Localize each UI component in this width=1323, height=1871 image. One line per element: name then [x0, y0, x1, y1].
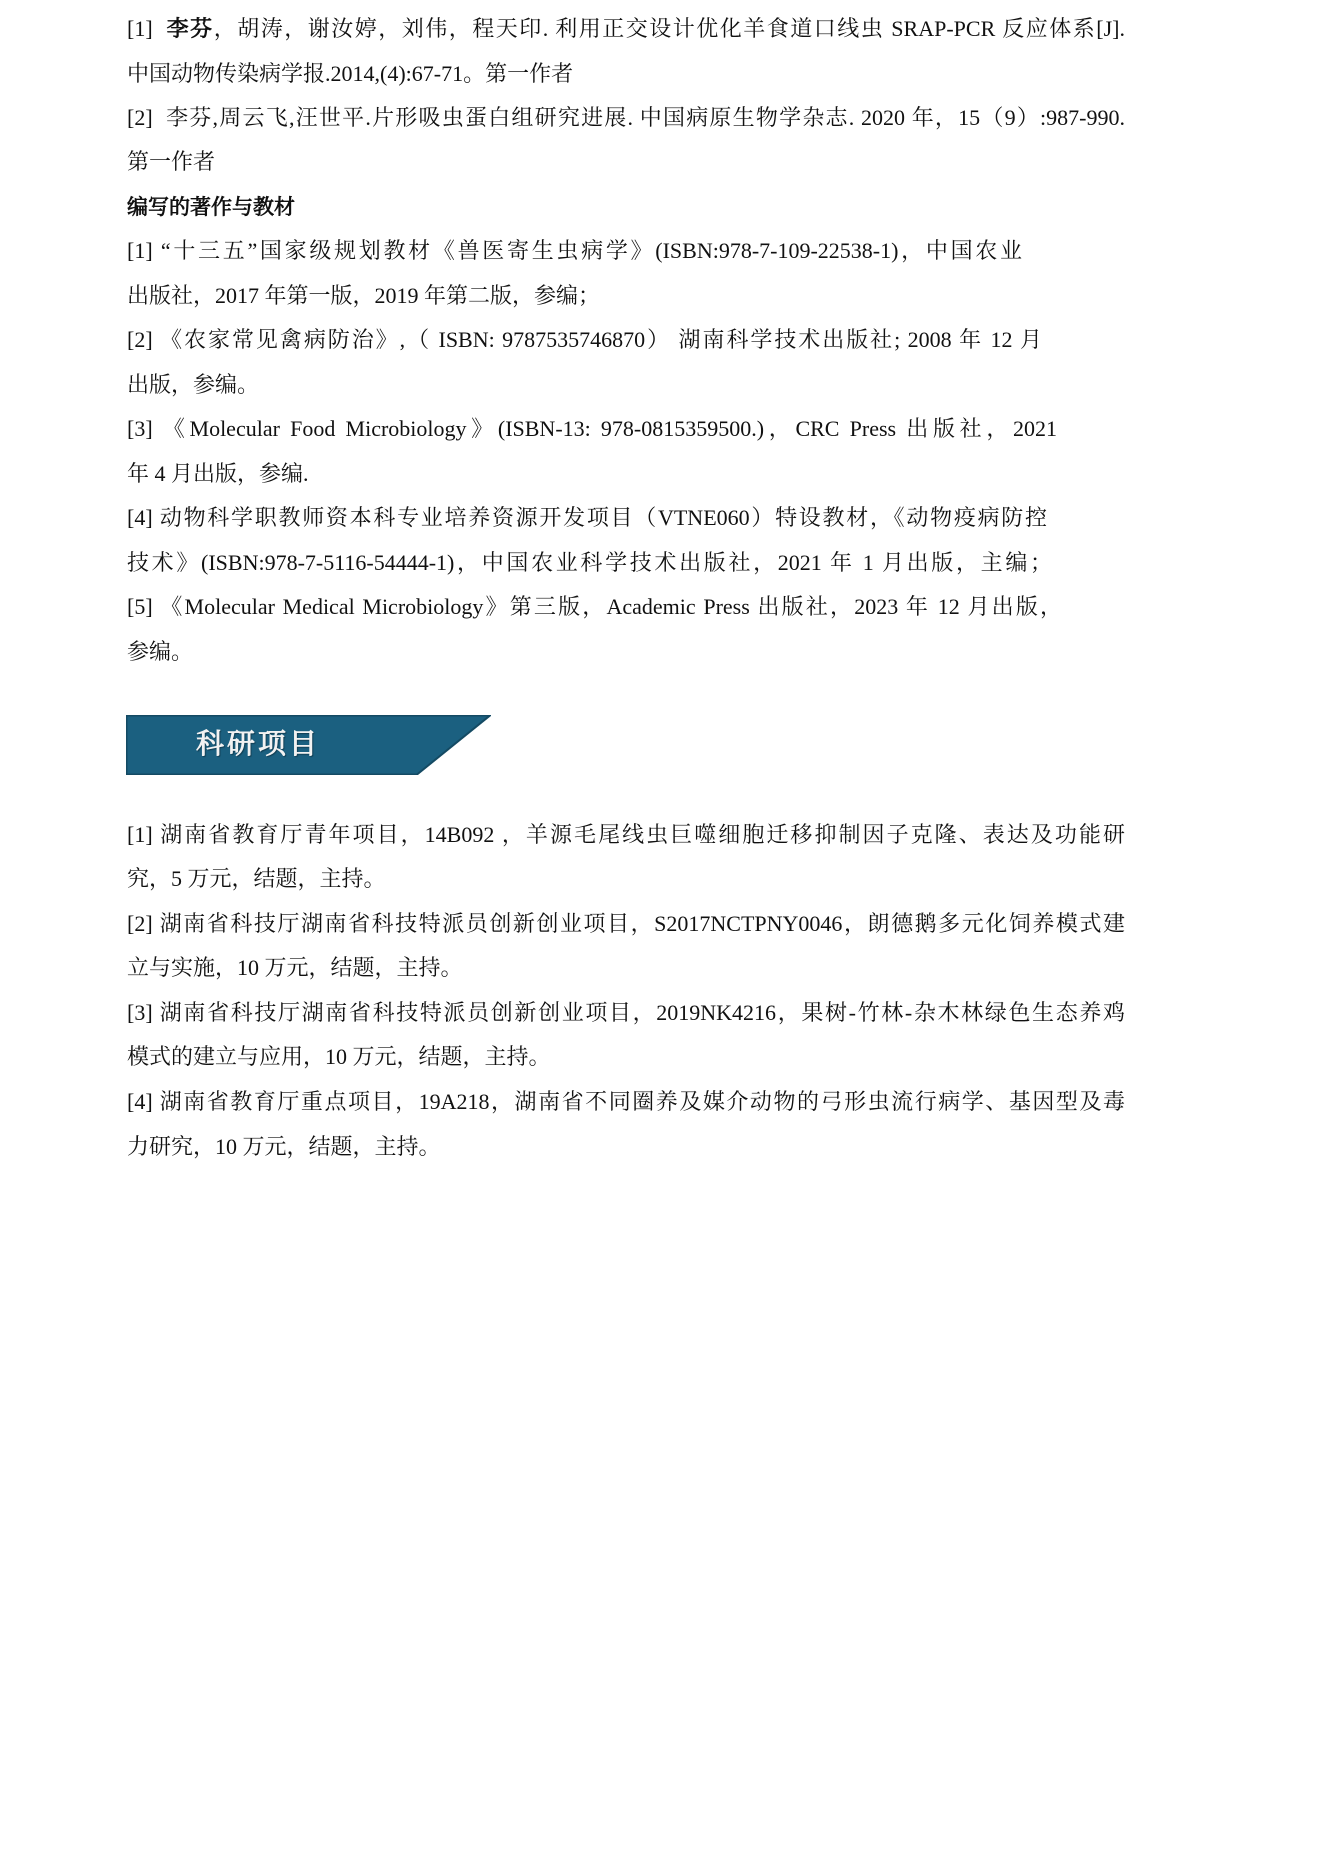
book-3-line-1: [3] 《Molecular Food Microbiology》(ISBN-1…: [127, 415, 1057, 443]
book-3-line-2: 年 4 月出版，参编.: [127, 460, 309, 488]
book-5-line-1: [5] 《Molecular Medical Microbiology》第三版，…: [127, 593, 1062, 621]
project-1-line-1: [1] 湖南省教育厅青年项目，14B092 ，羊源毛尾线虫巨噬细胞迁移抑制因子克…: [127, 821, 1125, 849]
project-4-line-1: [4] 湖南省教育厅重点项目，19A218，湖南省不同圈养及媒介动物的弓形虫流行…: [127, 1088, 1125, 1116]
project-3-line-2: 模式的建立与应用，10 万元，结题，主持。: [127, 1043, 551, 1071]
paper-2-line-2: 第一作者: [127, 148, 215, 176]
book-2-line-1: [2] 《农家常见禽病防治》,（ ISBN: 9787535746870） 湖南…: [127, 326, 1042, 354]
paper-1-label: [1]: [127, 16, 153, 41]
paper-1-line-1: [1] 李芬，胡涛，谢汝婷，刘伟，程天印. 利用正交设计优化羊食道口线虫 SRA…: [127, 15, 1125, 43]
project-1-line-2: 究，5 万元，结题，主持。: [127, 865, 386, 893]
book-5-line-2: 参编。: [127, 638, 193, 666]
book-1-line-1: [1] “十三五”国家级规划教材《兽医寄生虫病学》(ISBN:978-7-109…: [127, 237, 1022, 265]
paper-1-rest: ，胡涛，谢汝婷，刘伟，程天印. 利用正交设计优化羊食道口线虫 SRAP-PCR …: [214, 16, 1125, 41]
book-1-line-2: 出版社，2017 年第一版，2019 年第二版，参编；: [127, 282, 600, 310]
books-heading: 编写的著作与教材: [127, 193, 295, 221]
book-4-line-1: [4] 动物科学职教师资本科专业培养资源开发项目（VTNE060）特设教材，《动…: [127, 504, 1047, 532]
project-3-line-1: [3] 湖南省科技厅湖南省科技特派员创新创业项目，2019NK4216，果树-竹…: [127, 999, 1125, 1027]
book-4-line-2: 技术》(ISBN:978-7-5116-54444-1)，中国农业科学技术出版社…: [127, 549, 1052, 577]
paper-1-line-2: 中国动物传染病学报.2014,(4):67-71。第一作者: [127, 60, 573, 88]
paper-2-rest: 李芬,周云飞,汪世平.片形吸虫蛋白组研究进展. 中国病原生物学杂志. 2020 …: [166, 105, 1125, 130]
banner-title: 科研项目: [196, 727, 320, 761]
paper-2-line-1: [2] 李芬,周云飞,汪世平.片形吸虫蛋白组研究进展. 中国病原生物学杂志. 2…: [127, 104, 1125, 132]
book-2-line-2: 出版，参编。: [127, 371, 259, 399]
section-banner-research-projects: 科研项目: [126, 715, 491, 775]
project-2-line-2: 立与实施，10 万元，结题，主持。: [127, 954, 463, 982]
paper-1-bold-author: 李芬: [167, 17, 214, 42]
project-2-line-1: [2] 湖南省科技厅湖南省科技特派员创新创业项目，S2017NCTPNY0046…: [127, 910, 1125, 938]
project-4-line-2: 力研究，10 万元，结题，主持。: [127, 1133, 441, 1161]
paper-2-label: [2]: [127, 105, 153, 130]
